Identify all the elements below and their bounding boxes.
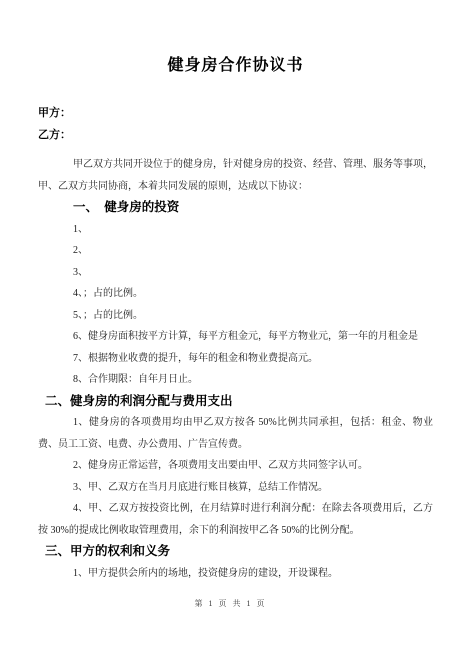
clause-1-5: 5、；占的比例。 <box>38 305 433 327</box>
clause-2-4: 4、甲、乙双方按投资比例，在月结算时进行利润分配：在除去各项费用后，乙方按 30… <box>38 498 433 541</box>
section-1-heading: 一、 健身房的投资 <box>38 197 433 219</box>
intro-paragraph: 甲乙双方共同开设位于的健身房，针对健身房的投资、经营、管理、服务等事项，甲、乙双… <box>38 154 433 197</box>
section-2-heading: 二、健身房的利润分配与费用支出 <box>38 391 433 413</box>
clause-2-3: 3、甲、乙双方在当月月底进行账目核算，总结工作情况。 <box>38 477 433 499</box>
clause-3-1: 1、甲方提供会所内的场地，投资健身房的建设，开设课程。 <box>38 563 433 585</box>
clause-1-8: 8、合作期限：自年月日止。 <box>38 369 433 391</box>
clause-1-2: 2、 <box>38 240 433 262</box>
document-page: 健身房合作协议书 甲方： 乙方： 甲乙双方共同开设位于的健身房，针对健身房的投资… <box>0 0 461 653</box>
party-a-label: 甲方： <box>38 102 433 124</box>
section-3-heading: 三、甲方的权利和义务 <box>38 541 433 563</box>
clause-2-2: 2、健身房正常运营，各项费用支出要由甲、乙双方共同签字认可。 <box>38 455 433 477</box>
page-number-footer: 第 1 页 共 1 页 <box>0 598 461 609</box>
document-title: 健身房合作协议书 <box>38 0 433 78</box>
clause-1-1: 1、 <box>38 219 433 241</box>
clause-1-6: 6、健身房面积按平方计算，每平方租金元，每平方物业元，第一年的月租金是 <box>38 326 433 348</box>
clause-1-4: 4、；占的比例。 <box>38 283 433 305</box>
clause-2-1: 1、健身房的各项费用均由甲乙双方按各 50%比例共同承担，包括：租金、物业费、员… <box>38 412 433 455</box>
clause-1-3: 3、 <box>38 262 433 284</box>
clause-1-7: 7、根据物业收费的提升，每年的租金和物业费提高元。 <box>38 348 433 370</box>
party-b-label: 乙方： <box>38 124 433 146</box>
